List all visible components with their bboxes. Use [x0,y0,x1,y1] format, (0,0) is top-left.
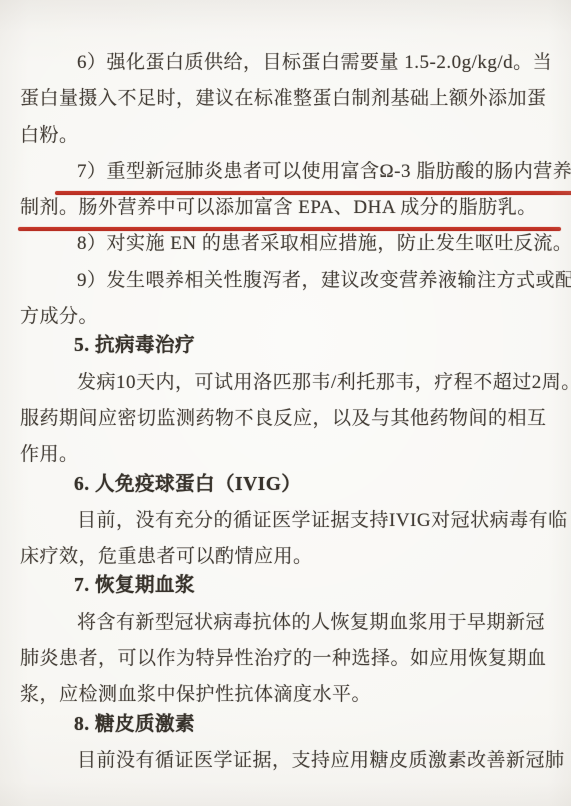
heading-text: 8. 糖皮质激素 [74,707,195,743]
line-text: 发病10天内，可试用洛匹那韦/利托那韦，疗程不超过2周。 [77,365,571,401]
document-page: 6）强化蛋白质供给，目标蛋白需要量 1.5-2.0g/kg/d。当蛋白量摄入不足… [0,0,571,806]
text-line: 7）重型新冠肺炎患者可以使用富含Ω-3 脂肪酸的肠内营养 [20,154,539,190]
text-line: 白粉。 [20,118,539,154]
line-text: 6）强化蛋白质供给，目标蛋白需要量 1.5-2.0g/kg/d。当 [77,45,552,81]
line-text: 蛋白量摄入不足时，建议在标准整蛋白制剂基础上额外添加蛋 [20,81,547,117]
line-text: 8）对实施 EN 的患者采取相应措施，防止发生呕吐反流。 [77,226,571,262]
line-text: 目前没有循证医学证据，支持应用糖皮质激素改善新冠肺 [77,743,565,779]
line-text: 服药期间应密切监测药物不良反应，以及与其他药物间的相互 [20,401,547,437]
line-text: 肺炎患者，可以作为特异性治疗的一种选择。如应用恢复期血 [20,641,547,677]
section-heading: 5. 抗病毒治疗 [20,328,539,364]
line-text: 7）重型新冠肺炎患者可以使用富含Ω-3 脂肪酸的肠内营养 [77,154,571,190]
text-line: 目前，没有充分的循证医学证据支持IVIG对冠状病毒有临 [20,503,539,539]
heading-text: 5. 抗病毒治疗 [74,328,195,364]
heading-text: 7. 恢复期血浆 [74,568,195,604]
line-text: 9）发生喂养相关性腹泻者，建议改变营养液输注方式或配 [77,263,571,299]
text-line: 将含有新型冠状病毒抗体的人恢复期血浆用于早期新冠 [20,605,539,641]
text-line: 发病10天内，可试用洛匹那韦/利托那韦，疗程不超过2周。 [20,365,539,401]
section-heading: 6. 人免疫球蛋白（IVIG） [20,467,539,503]
text-line: 制剂。肠外营养中可以添加富含 EPA、DHA 成分的脂肪乳。 [20,190,539,226]
line-text: 目前，没有充分的循证医学证据支持IVIG对冠状病毒有临 [77,503,568,539]
text-line: 肺炎患者，可以作为特异性治疗的一种选择。如应用恢复期血 [20,641,539,677]
text-line: 6）强化蛋白质供给，目标蛋白需要量 1.5-2.0g/kg/d。当 [20,45,539,81]
line-text: 将含有新型冠状病毒抗体的人恢复期血浆用于早期新冠 [77,605,545,641]
line-text: 制剂。肠外营养中可以添加富含 EPA、DHA 成分的脂肪乳。 [20,190,537,226]
line-text: 浆，应检测血浆中保护性抗体滴度水平。 [20,677,371,713]
text-line: 8）对实施 EN 的患者采取相应措施，防止发生呕吐反流。 [20,226,539,262]
heading-text: 6. 人免疫球蛋白（IVIG） [74,467,301,503]
line-text: 白粉。 [20,118,79,154]
line-text: 作用。 [20,437,79,473]
document-text-block: 6）强化蛋白质供给，目标蛋白需要量 1.5-2.0g/kg/d。当蛋白量摄入不足… [20,45,539,779]
text-line: 9）发生喂养相关性腹泻者，建议改变营养液输注方式或配 [20,263,539,299]
text-line: 服药期间应密切监测药物不良反应，以及与其他药物间的相互 [20,401,539,437]
text-line: 蛋白量摄入不足时，建议在标准整蛋白制剂基础上额外添加蛋 [20,81,539,117]
text-line: 目前没有循证医学证据，支持应用糖皮质激素改善新冠肺 [20,743,539,779]
